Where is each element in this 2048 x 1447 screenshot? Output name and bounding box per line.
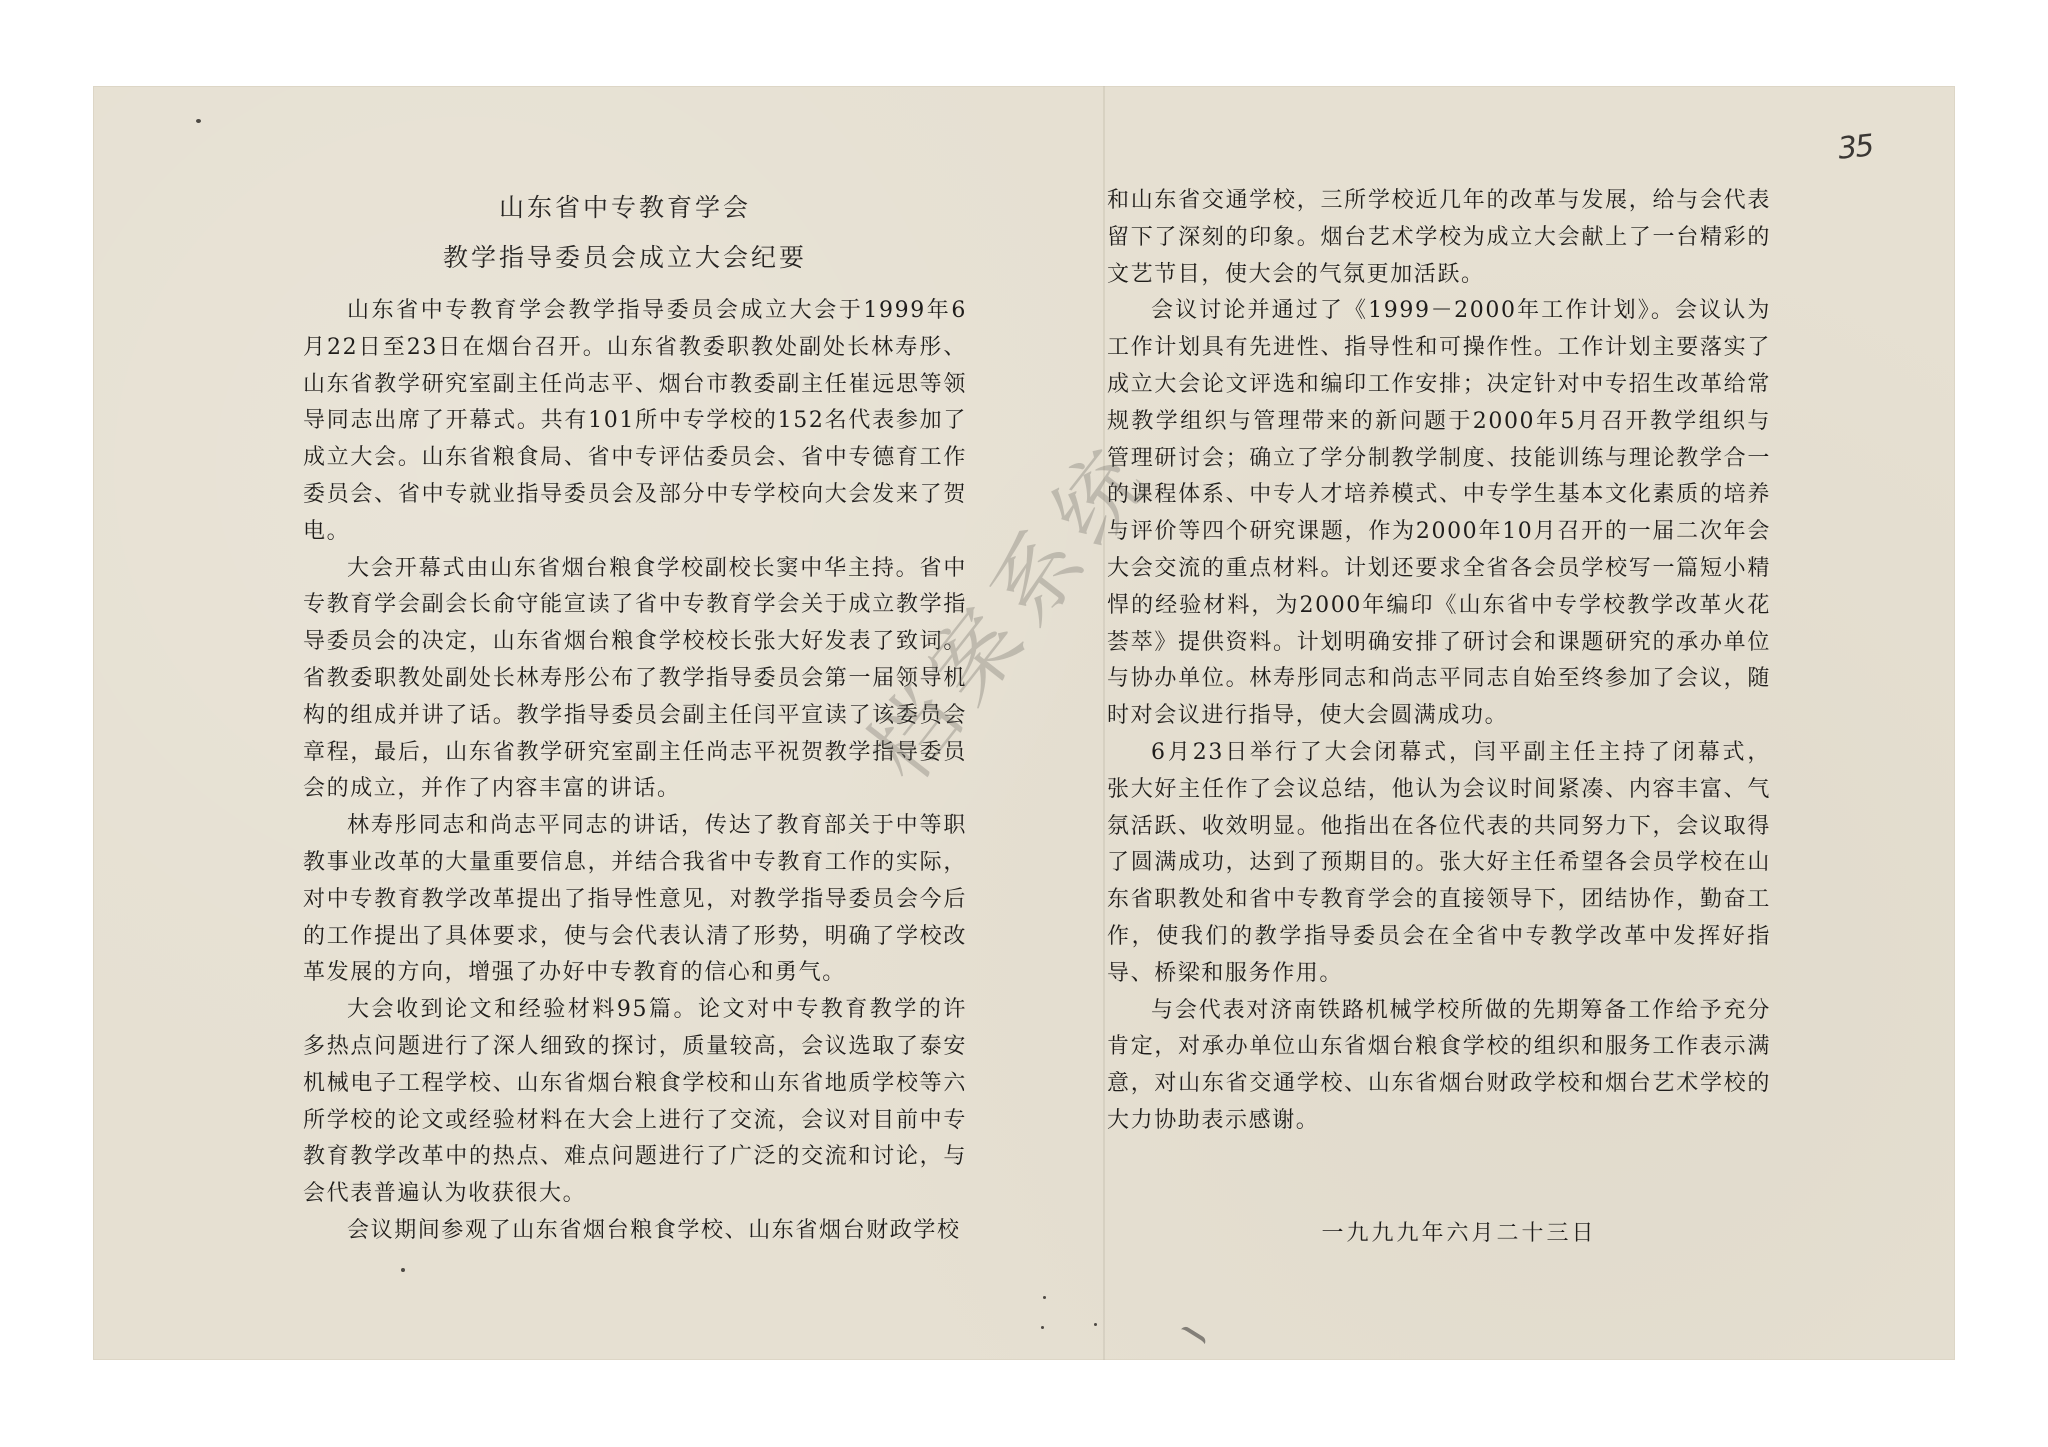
- paragraph: 林寿彤同志和尚志平同志的讲话，传达了教育部关于中等职教事业改革的大量重要信息，并…: [303, 808, 967, 992]
- scan-speck: [1041, 1326, 1044, 1329]
- paragraph: 会议期间参观了山东省烟台粮食学校、山东省烟台财政学校: [303, 1213, 967, 1250]
- scan-mark: [1176, 1325, 1207, 1352]
- paragraph: 山东省中专教育学会教学指导委员会成立大会于1999年6月22日至23日在烟台召开…: [303, 293, 967, 551]
- scan-speck: [1094, 1323, 1097, 1326]
- document-date: 一九九九年六月二十三日: [1107, 1216, 1771, 1253]
- paragraph: 6月23日举行了大会闭幕式，闫平副主任主持了闭幕式， 张大好主任作了会议总结，他…: [1107, 735, 1771, 993]
- paragraph: 大会开幕式由山东省烟台粮食学校副校长窦中华主持。省中专教育学会副会长俞守能宣读了…: [303, 551, 967, 809]
- scan-speck: [401, 1268, 405, 1272]
- right-column: 和山东省交通学校，三所学校近几年的改革与发展，给与会代表留下了深刻的印象。烟台艺…: [1107, 183, 1771, 1253]
- paragraph: 会议讨论并通过了《1999－2000年工作计划》。会议认为工作计划具有先进性、指…: [1107, 293, 1771, 735]
- page-fold-line: [1103, 86, 1105, 1360]
- paragraph-continued: 和山东省交通学校，三所学校近几年的改革与发展，给与会代表留下了深刻的印象。烟台艺…: [1107, 183, 1771, 293]
- scan-speck: [1043, 1296, 1046, 1299]
- title-organization: 山东省中专教育学会: [303, 183, 967, 233]
- scanned-page: 35 山东省中专教育学会 教学指导委员会成立大会纪要 山东省中专教育学会教学指导…: [93, 86, 1955, 1360]
- paragraph: 与会代表对济南铁路机械学校所做的先期筹备工作给予充分肯定，对承办单位山东省烟台粮…: [1107, 993, 1771, 1140]
- scan-speck: [196, 119, 201, 123]
- handwritten-page-number: 35: [1836, 128, 1874, 166]
- title-subject: 教学指导委员会成立大会纪要: [303, 233, 967, 283]
- paragraph: 大会收到论文和经验材料95篇。论文对中专教育教学的许多热点问题进行了深人细致的探…: [303, 992, 967, 1213]
- left-column: 山东省中专教育学会 教学指导委员会成立大会纪要 山东省中专教育学会教学指导委员会…: [303, 183, 967, 1250]
